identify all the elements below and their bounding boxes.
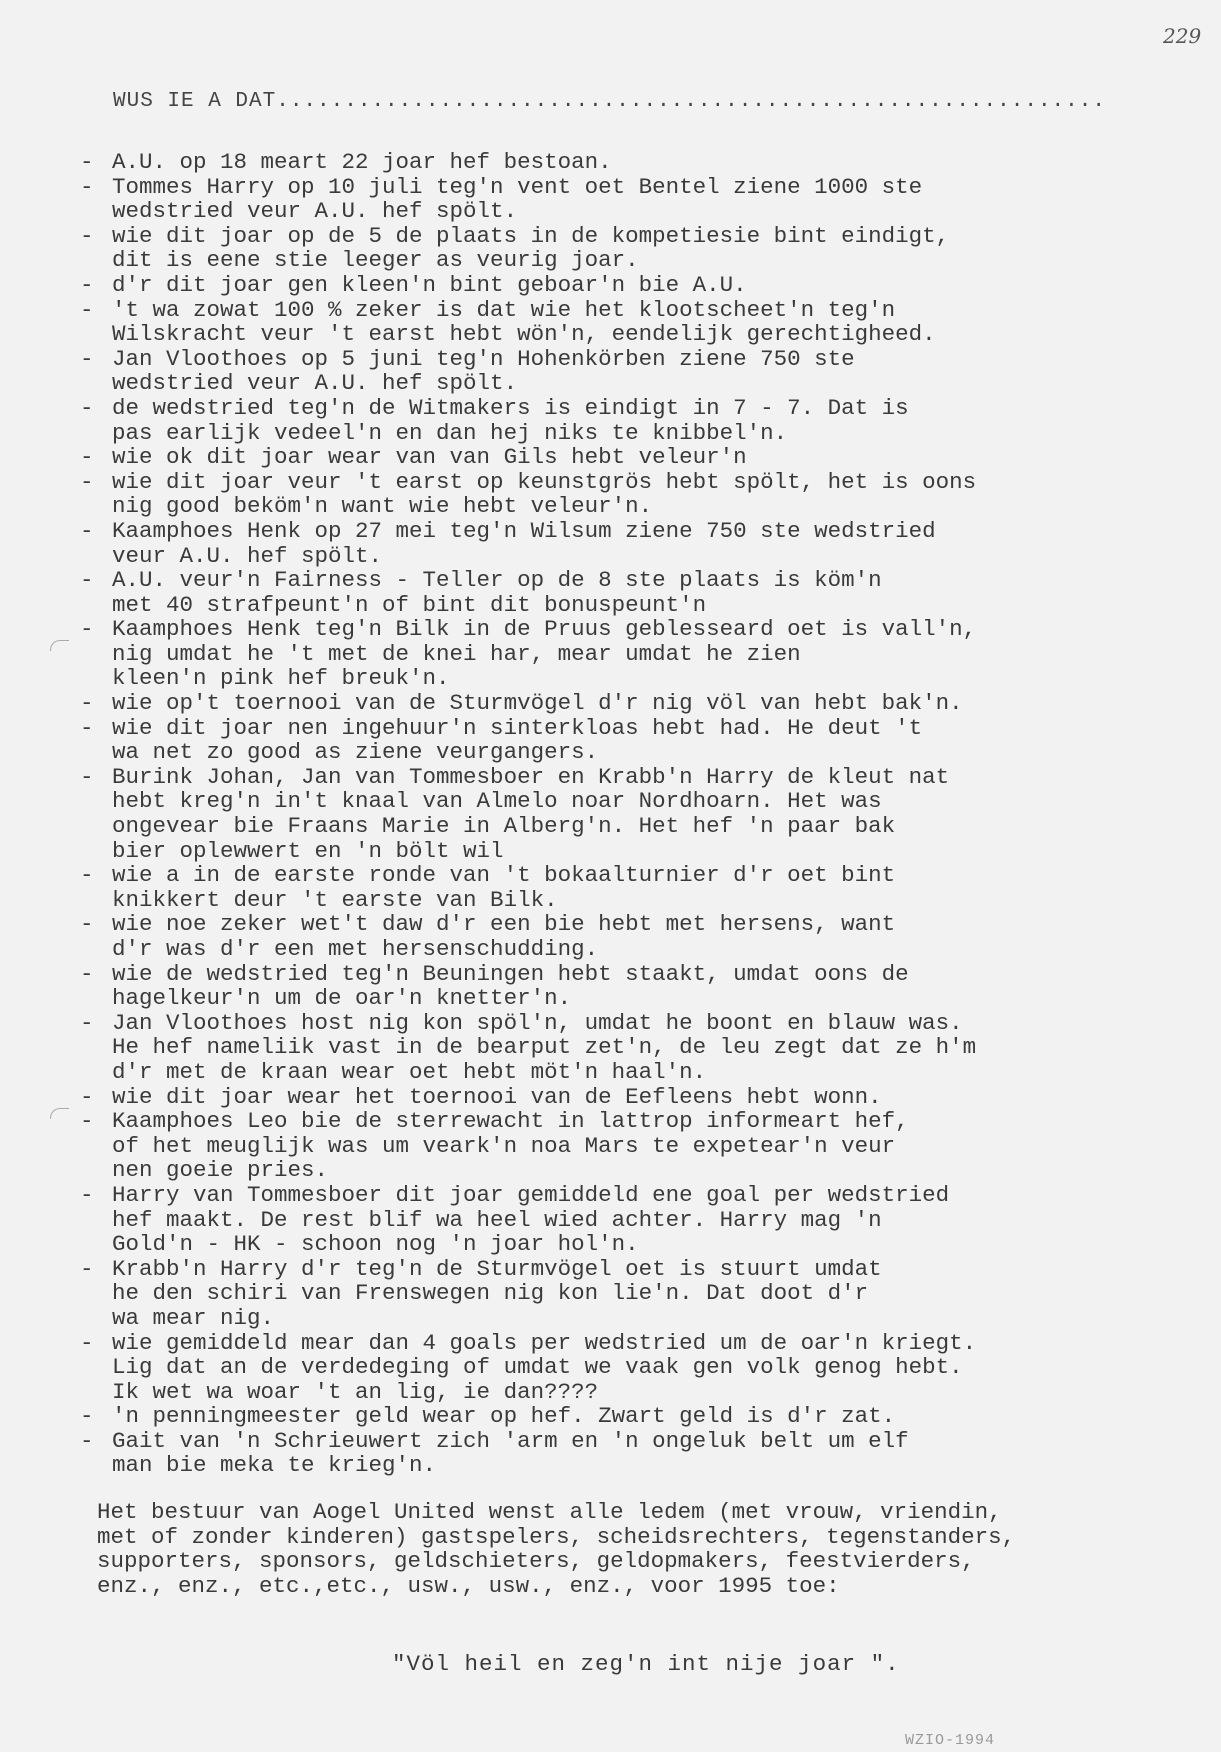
list-item: wie dit joar op de 5 de plaats in de kom… [80, 224, 1160, 273]
list-item: Tommes Harry op 10 juli teg'n vent oet B… [80, 175, 1160, 224]
page-number: 229 [1163, 24, 1201, 48]
list-item: Kaamphoes Henk op 27 mei teg'n Wilsum zi… [80, 519, 1160, 568]
list-item: Gait van 'n Schrieuwert zich 'arm en 'n … [80, 1429, 1160, 1478]
list-item: Burink Johan, Jan van Tommesboer en Krab… [80, 765, 1160, 863]
list-item: 't wa zowat 100 % zeker is dat wie het k… [80, 298, 1160, 347]
margin-mark [50, 1108, 69, 1119]
list-item: de wedstried teg'n de Witmakers is eindi… [80, 396, 1160, 445]
list-item: Jan Vloothoes host nig kon spöl'n, umdat… [80, 1011, 1160, 1085]
page-heading: WUS IE A DAT............................… [113, 90, 1106, 113]
list-item: Jan Vloothoes op 5 juni teg'n Hohenkörbe… [80, 347, 1160, 396]
list-item: Kaamphoes Leo bie de sterrewacht in latt… [80, 1109, 1160, 1183]
list-item: Harry van Tommesboer dit joar gemiddeld … [80, 1183, 1160, 1257]
list-item: Kaamphoes Henk teg'n Bilk in de Pruus ge… [80, 617, 1160, 691]
list-item: 'n penningmeester geld wear op hef. Zwar… [80, 1404, 1160, 1429]
margin-mark [50, 640, 69, 651]
list-item: A.U. veur'n Fairness - Teller op de 8 st… [80, 568, 1160, 617]
list-item: wie ok dit joar wear van van Gils hebt v… [80, 445, 1160, 470]
new-year-wish: "Völ heil en zeg'n int nije joar ". [392, 1651, 900, 1677]
list-item: wie a in de earste ronde van 't bokaaltu… [80, 863, 1160, 912]
list-item: wie gemiddeld mear dan 4 goals per wedst… [80, 1331, 1160, 1405]
news-list: A.U. op 18 meart 22 joar hef bestoan.Tom… [80, 150, 1160, 1478]
list-item: wie op't toernooi van de Sturmvögel d'r … [80, 691, 1160, 716]
list-item: wie de wedstried teg'n Beuningen hebt st… [80, 962, 1160, 1011]
list-item: wie dit joar veur 't earst op keunstgrös… [80, 470, 1160, 519]
archive-stamp: WZIO-1994 [905, 1732, 995, 1749]
list-item: Krabb'n Harry d'r teg'n de Sturmvögel oe… [80, 1257, 1160, 1331]
list-item: d'r dit joar gen kleen'n bint geboar'n b… [80, 273, 1160, 298]
list-item: A.U. op 18 meart 22 joar hef bestoan. [80, 150, 1160, 175]
list-item: wie dit joar nen ingehuur'n sinterkloas … [80, 716, 1160, 765]
list-item: wie noe zeker wet't daw d'r een bie hebt… [80, 912, 1160, 961]
closing-paragraph: Het bestuur van Aogel United wenst alle … [97, 1500, 1197, 1598]
list-item: wie dit joar wear het toernooi van de Ee… [80, 1085, 1160, 1110]
